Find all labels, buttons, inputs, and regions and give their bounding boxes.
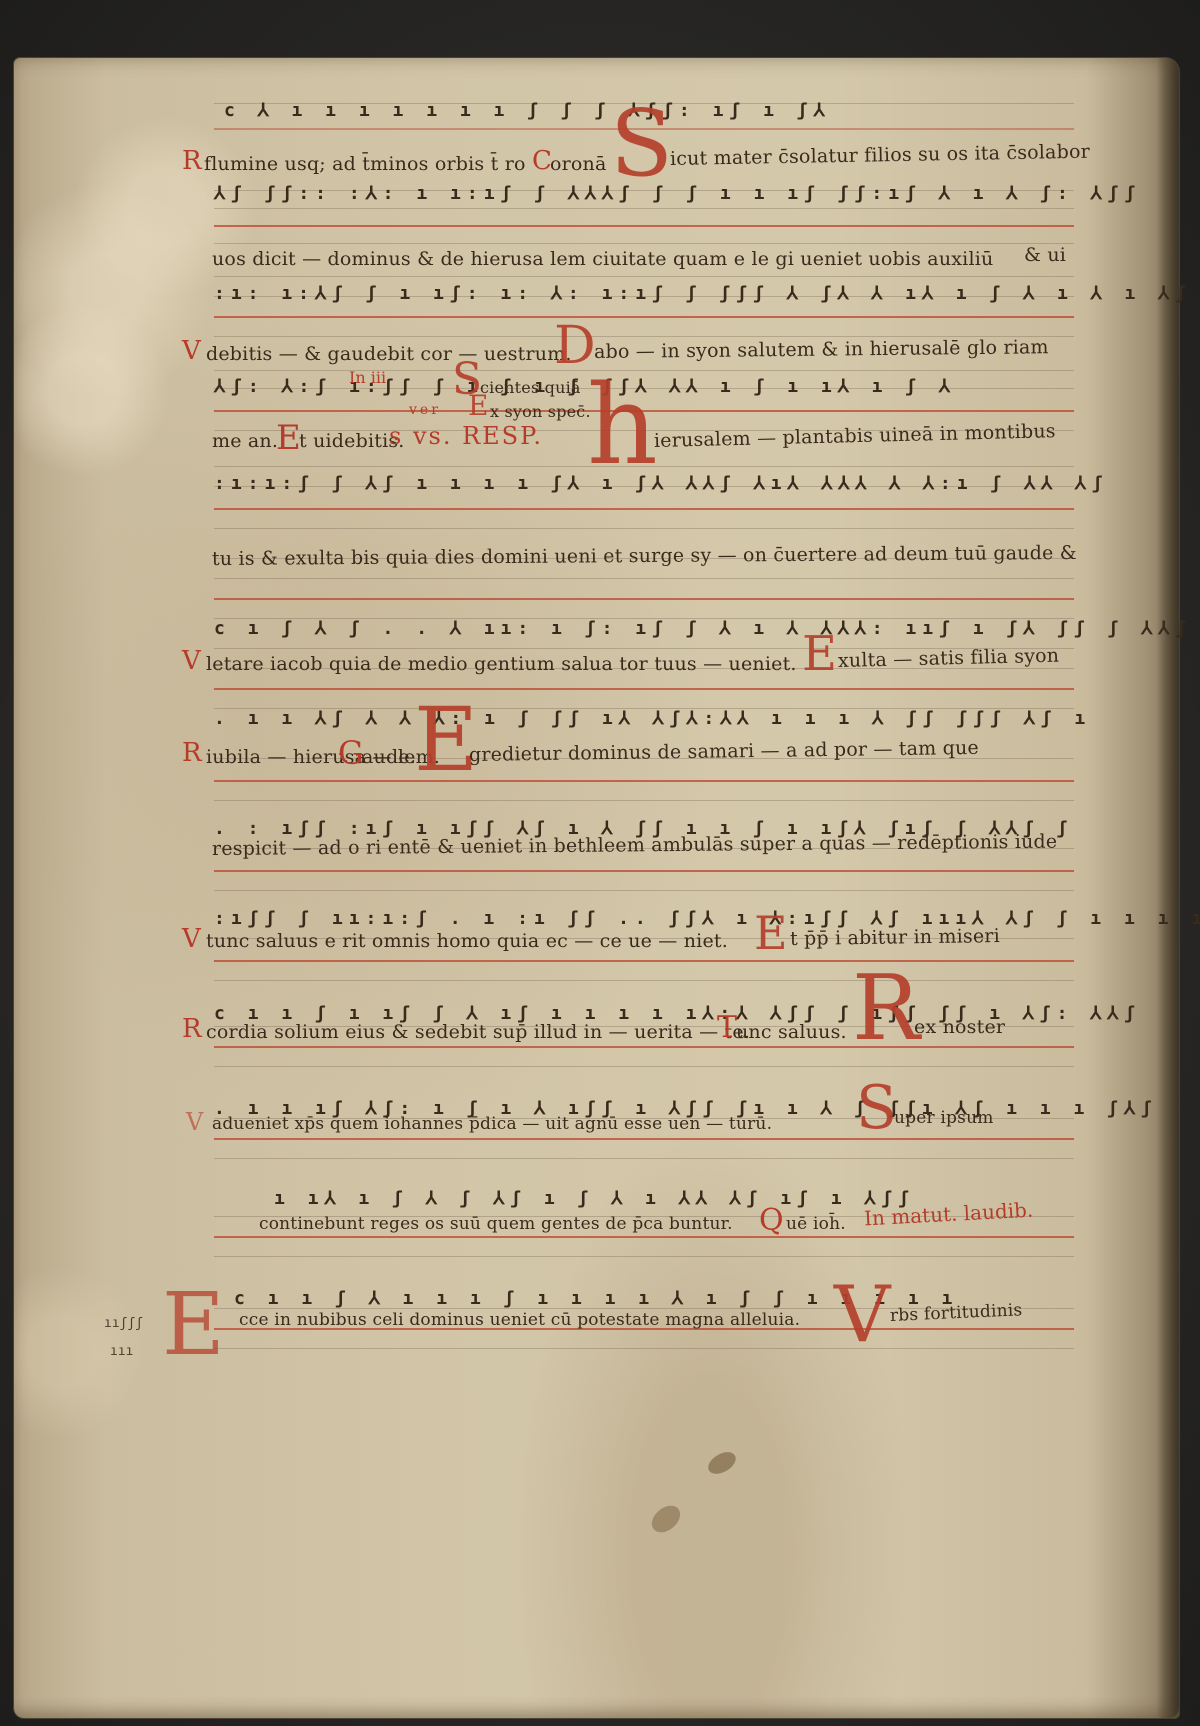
rubric-initial: T bbox=[717, 1010, 737, 1045]
chant-text-line: ex noster bbox=[914, 1016, 1005, 1038]
rubric-text: ver bbox=[409, 402, 441, 418]
chant-text-line: oronā bbox=[550, 153, 607, 175]
manuscript-page: c ⅄ ı ı ı ı ı ı ı ʃ ʃ ʃ ⅄ʃʃ: ıʃ ı ʃ⅄ ⅄ʃ … bbox=[14, 58, 1179, 1718]
chant-text-line: t p̄p̄ i abitur in miseri bbox=[790, 925, 1000, 950]
chant-text-line: abo — in syon salutem & in hierusalē gl… bbox=[594, 336, 1049, 363]
neume-row: ı ı⅄ ı ʃ ⅄ ʃ ⅄ʃ ı ʃ ⅄ ı ⅄⅄ ⅄ʃ ıʃ ı ⅄ʃʃ bbox=[274, 1188, 915, 1209]
chant-text-line: cientes quiā bbox=[480, 378, 581, 397]
chant-text-line: icut mater c̄solatur filios su os ita c̄… bbox=[670, 141, 1090, 170]
chant-text-line: me an. bbox=[212, 430, 278, 452]
chant-text-line: uē ioh̄. bbox=[786, 1214, 846, 1234]
chant-text-line: flumine usq; ad t̄minos orbis t̄ ro bbox=[204, 153, 526, 175]
rubric-initial: G bbox=[338, 734, 364, 772]
neume-row: . ı ı ⅄ʃ ⅄ ⅄ ⅄: ı ʃ ʃʃ ı⅄ ⅄ʃ⅄:⅄⅄ ı ı ı ⅄… bbox=[214, 708, 1091, 729]
decorated-initial: E bbox=[162, 1282, 225, 1368]
chant-text-line: aude. bbox=[362, 746, 416, 768]
chant-text-line: cordia solium eius & sedebit sup̄ illud … bbox=[206, 1021, 750, 1043]
decorated-initial: S bbox=[610, 98, 673, 190]
responsory-marker: R bbox=[182, 738, 202, 768]
chant-text-line: x syon spec̄. bbox=[490, 402, 591, 421]
neume-row: :ı:ı:ʃ ʃ ⅄ʃ ı ı ı ı ʃ⅄ ı ʃ⅄ ⅄⅄ʃ ⅄ı⅄ ⅄⅄⅄ … bbox=[214, 473, 1109, 494]
responsory-marker: R bbox=[182, 1014, 202, 1044]
chant-text-line: ierusalem — plantabis uineā in montibus bbox=[654, 420, 1056, 452]
chant-text-line: continebunt reges os suū quem gentes de… bbox=[259, 1214, 733, 1234]
chant-text-line: & ui bbox=[1024, 244, 1066, 266]
chant-text-line: tu is & exulta bis quia dies domini ueni… bbox=[212, 542, 1077, 570]
chant-text-line: gredietur dominus de samari — a ad por —… bbox=[469, 737, 979, 766]
rubric-text: In iii bbox=[349, 368, 386, 387]
chant-text-line: adueniet xp̄s quem iohannes p̄dica — uit… bbox=[212, 1114, 772, 1134]
chant-text-line: tunc saluus e rit omnis homo quia ec — c… bbox=[206, 930, 728, 952]
chant-text-line: cce in nubibus celi dominus ueniet cū p… bbox=[239, 1310, 800, 1330]
chant-text-line: uos dicit — dominus & de hierusa lem ciu… bbox=[212, 248, 993, 270]
decorated-initial: h bbox=[587, 370, 658, 480]
decorated-initial: E bbox=[414, 696, 478, 784]
neume-row: c ⅄ ı ı ı ı ı ı ı ʃ ʃ ʃ ⅄ʃʃ: ıʃ ı ʃ⅄ bbox=[224, 100, 831, 121]
rubric-initial: C bbox=[532, 146, 552, 176]
margin-note: ııʃʃʃ bbox=[104, 1316, 143, 1331]
decorated-initial: V bbox=[834, 1276, 890, 1354]
chant-text-line: uper ipsum bbox=[894, 1108, 994, 1128]
decorated-initial: E bbox=[468, 392, 488, 420]
neume-row: c ı ʃ ⅄ ʃ . . ⅄ ıı: ı ʃ: ıʃ ʃ ⅄ ı ⅄ ⅄⅄⅄:… bbox=[214, 618, 1192, 639]
neume-row: ⅄ʃ ʃʃ:: :⅄: ı ı:ıʃ ʃ ⅄⅄⅄ʃ ʃ ʃ ı ı ıʃ ʃʃ:… bbox=[214, 183, 1141, 204]
verse-marker: V bbox=[182, 924, 201, 954]
chant-text-line: letare iacob quia de medio gentium salua… bbox=[206, 653, 797, 675]
neume-row: ⅄ʃ: ⅄:ʃ ı:ʃʃ ʃ ı ʃ ı ʃ ʃʃ⅄ ⅄⅄ ı ʃ ı ı⅄ ı… bbox=[214, 376, 956, 397]
verse-marker: V bbox=[182, 336, 201, 366]
margin-note: ııı bbox=[110, 1344, 133, 1359]
ink-stain bbox=[647, 1500, 686, 1537]
decorated-initial: S bbox=[856, 1078, 897, 1138]
chant-text-line: debitis — & gaudebit cor — uestrum. bbox=[206, 343, 572, 365]
rubric-text: s vs. RESP. bbox=[389, 422, 543, 450]
rubric-initial: Q bbox=[759, 1203, 784, 1238]
chant-text-line: unc saluus. bbox=[736, 1021, 847, 1043]
page-gutter-shadow bbox=[1157, 58, 1179, 1718]
neume-row: :ıʃʃ ʃ ıı:ı:ʃ . ı :ı ʃʃ .. ʃʃ⅄ ı ⅄:ıʃʃ ⅄… bbox=[214, 908, 1200, 929]
ink-stain bbox=[705, 1448, 740, 1479]
decorated-initial: E bbox=[754, 910, 788, 956]
verse-marker: V bbox=[186, 1108, 203, 1136]
decorated-initial: E bbox=[802, 630, 837, 678]
decorated-initial: R bbox=[852, 964, 920, 1054]
responsory-marker: R bbox=[182, 146, 202, 176]
rubric-initial: E bbox=[276, 418, 301, 458]
verse-marker: V bbox=[182, 646, 201, 676]
neume-row: :ı: ı:⅄ʃ ʃ ı ıʃ: ı: ⅄: ı:ıʃ ʃ ʃʃʃ ⅄ ʃ⅄ ⅄… bbox=[214, 283, 1192, 304]
